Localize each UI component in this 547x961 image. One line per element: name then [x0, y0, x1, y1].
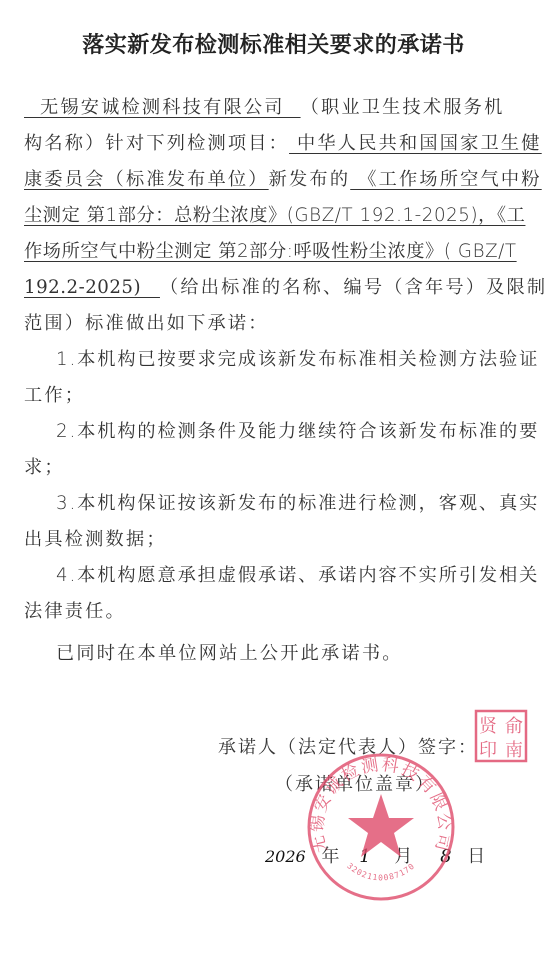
svg-text:南: 南 [505, 739, 523, 761]
commitment-2: 2.本机构的检测条件及能力继续符合该新发布标准的要 [24, 419, 524, 445]
body-line-5: 作场所空气中粉尘测定 第2部分:呼吸性粉尘浓度》( GBZ/T [24, 239, 524, 265]
body-line-3: 康委员会（标准发布单位）新发布的 《工作场所空气中粉 [24, 167, 524, 193]
organization-name: 无锡安诚检测科技有限公司 [24, 97, 301, 118]
body-line-6: 192.2-2025) （给出标准的名称、编号（含年号）及限制 [24, 275, 524, 301]
commitment-1-cont: 工作； [24, 383, 524, 409]
document-title: 落实新发布检测标准相关要求的承诺书 [0, 28, 547, 59]
commitment-2-cont: 求； [24, 455, 524, 481]
svg-text:印: 印 [479, 740, 497, 761]
date-year: 2026 [265, 847, 306, 866]
commitment-1: 1.本机构已按要求完成该新发布标准相关检测方法验证 [24, 347, 524, 373]
svg-text:3202110087170: 3202110087170 [345, 861, 417, 882]
standard-name: 《工作场所空气中粉 [350, 169, 541, 190]
commitment-4-cont: 法律责任。 [24, 599, 524, 625]
commitment-3-cont: 出具检测数据； [24, 527, 524, 553]
svg-text:贤: 贤 [479, 716, 498, 737]
disclosure-statement: 已同时在本单位网站上公开此承诺书。 [24, 641, 524, 667]
issuing-body: 中华人民共和国国家卫生健 [289, 133, 542, 154]
company-seal-icon: 无锡安诚检测科技有限公司 3202110087170 [306, 752, 456, 902]
svg-text:俞: 俞 [505, 716, 523, 737]
personal-seal-icon: 贤 俞 印 南 [474, 709, 528, 763]
commitment-3: 3.本机构保证按该新发布的标准进行检测，客观、真实 [24, 491, 524, 517]
body-line-1: 无锡安诚检测科技有限公司 （职业卫生技术服务机 [24, 95, 524, 121]
body-line-7: 范围）标准做出如下承诺： [24, 311, 524, 337]
commitment-4: 4.本机构愿意承担虚假承诺、承诺内容不实所引发相关 [24, 563, 524, 589]
body-line-2: 构名称）针对下列检测项目： 中华人民共和国国家卫生健 [24, 131, 524, 157]
body-line-4: 尘测定 第1部分：总粉尘浓度》(GBZ/T 192.1-2025)，《工 [24, 203, 524, 229]
